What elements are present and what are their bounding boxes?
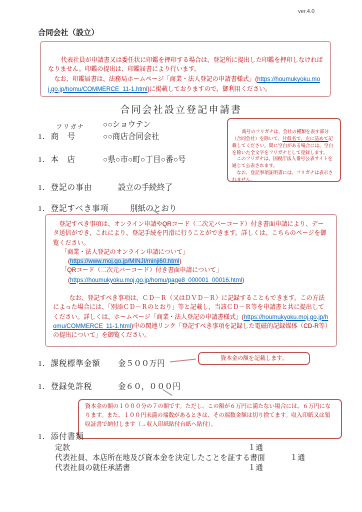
capital-note-box: 資本金の額を記載します。 (198, 352, 310, 365)
trade-name-label: 1．商 号 (38, 131, 76, 142)
attachments-heading: 1．添付書類 (38, 431, 84, 442)
furigana-label: フリガナ (56, 122, 84, 131)
qr-paper-application-link-title: 「QRコード（二次元バーコード）付き書面申請について」 (53, 266, 329, 275)
license-tax-label: 1．登録免許税 (38, 381, 92, 392)
paren-close: ) (242, 277, 244, 284)
registration-cause-label: 1．登記の事由 (38, 182, 92, 193)
tax-base-label: 1．課税標準金額 (38, 358, 100, 369)
seal-notice-box: 代表社員が申請書又は委任状に印鑑を押印する場合は、登記所に提出した印鑑を押印しな… (40, 41, 331, 97)
head-office-value: ○県○市○町○丁目○番○号 (103, 154, 186, 165)
seal-notice-text-end: )に掲載しておりますので、御利用ください。 (147, 86, 271, 93)
registration-matters-value: 別紙のとおり (130, 203, 177, 214)
version-label: ver.4.0 (298, 9, 315, 15)
application-form-page: ver.4.0 合同会社（設立） 代表社員が申請書又は委任状に印鑑を押印する場合… (0, 0, 362, 512)
online-application-link[interactable]: https://www.moj.go.jp/MINJI/minji60.html (70, 258, 179, 265)
trade-name-value: ○○商店合同会社 (103, 131, 159, 142)
registry-notice-box: 登記すべき事項は、オンライン申請やQRコード（二次元バーコード）付き書面申請によ… (45, 214, 337, 347)
paren-close: ) (179, 258, 181, 265)
callout-leader-line (170, 359, 196, 363)
furigana-note-text-end: 記載してください。間に空白がある場合には、空白を除いた全文字をフリガナとして登録… (232, 136, 333, 182)
qr-application-paragraph: 登記すべき事項は、オンライン申請やQRコード（二次元バーコード）付き書面申請によ… (53, 220, 329, 248)
head-office-label: 1．本 店 (38, 154, 76, 165)
attachment-item-name: 代表社員の就任承諾書 (55, 462, 130, 473)
form-category-heading: 合同会社（設立） (38, 27, 99, 38)
license-tax-value: 金６０，０００円 (118, 381, 180, 392)
attachment-item-count: １通 (248, 462, 263, 473)
furigana-value: ○○ショウテン (103, 119, 151, 130)
furigana-note-underlined: 片仮名で、左に詰めて (282, 136, 328, 141)
page-title: 合同会社設立登記申請書 (0, 102, 362, 116)
qr-paper-application-link[interactable]: https://houmukyoku.moj.go.jp/homu/page8_… (70, 277, 242, 284)
tax-note-box: 資本金の額の１０００分の７の額です。ただし、この額が６万円に満たない場合には、６… (78, 399, 342, 439)
registration-matters-label: 1．登記すべき事項 (38, 203, 109, 214)
tax-base-value: 金５００万円 (118, 358, 165, 369)
furigana-note-box: 商号のフリガナは、会社の種類を表す部分（合同会社）を除いて、片仮名で、左に詰めて… (227, 118, 341, 182)
attachment-item-count: １通 (290, 452, 305, 463)
registration-cause-value: 設立の手続終了 (118, 182, 173, 193)
online-application-link-title: 「商業・法人登記のオンライン申請について」 (53, 248, 329, 257)
